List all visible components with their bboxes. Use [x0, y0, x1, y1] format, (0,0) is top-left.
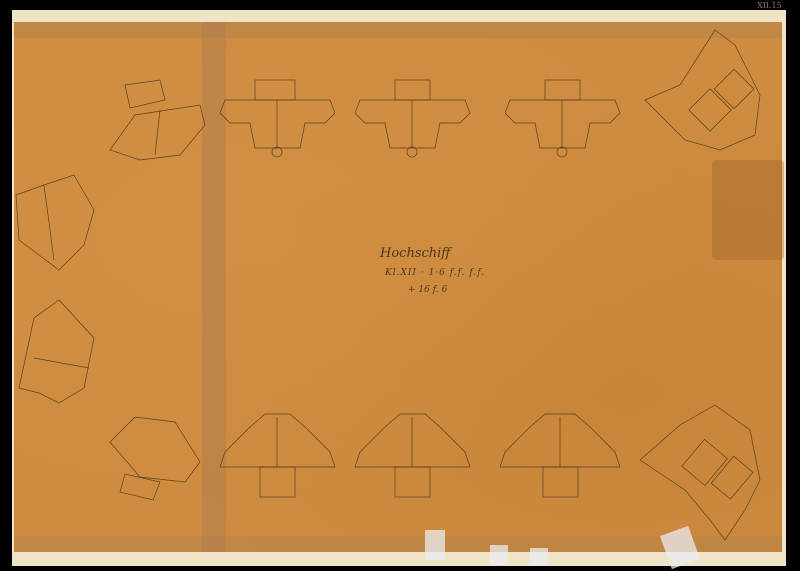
plan-bottom-2 [350, 412, 475, 502]
plan-bottom-left [105, 412, 205, 502]
tape-patch [530, 548, 548, 566]
sheet-number: XII.15 [757, 1, 782, 10]
plan-top-left [105, 80, 205, 165]
paper-stain [712, 160, 784, 260]
dimension-note-2: + 16 f. 6 [408, 285, 447, 295]
tape-patch [425, 530, 445, 560]
plan-top-2 [350, 78, 475, 158]
plan-top-3 [500, 78, 625, 158]
plan-bottom-3 [495, 412, 625, 502]
plan-top-right [640, 25, 770, 155]
plan-bottom-1 [215, 412, 340, 502]
plan-top-1 [215, 78, 340, 158]
plan-left-1 [14, 170, 99, 275]
dimension-note-1: Kl.XII · 1·6 f.f. f.f. [385, 268, 485, 278]
plan-bottom-right [635, 400, 770, 545]
tape-patch [490, 545, 508, 565]
plan-left-2 [14, 298, 99, 408]
drawing-title: Hochschiff [380, 246, 451, 261]
